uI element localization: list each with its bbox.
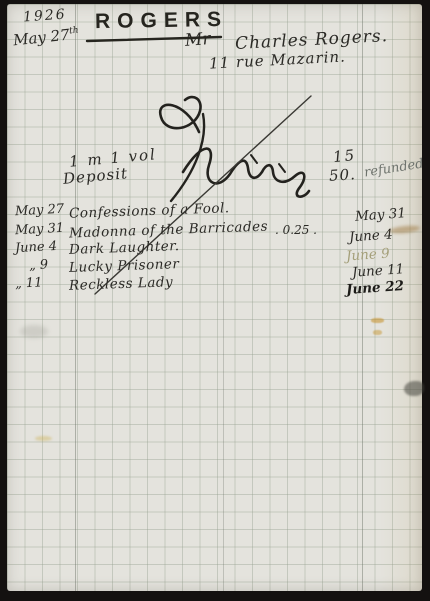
loan-date: „ 11 [15, 275, 43, 291]
loan-date: May 27 [15, 202, 65, 220]
deposit-amount: 50. [328, 165, 356, 185]
photo-background: 1926 May 27th ROGERS Mr Charles Rogers. … [0, 0, 430, 601]
loan-date: „ 9 [29, 258, 49, 274]
orange-stain [371, 318, 384, 323]
yellow-stain [35, 436, 52, 441]
loan-return-date: June 22 [346, 278, 405, 298]
card-open-date-text: May 27 [12, 26, 70, 50]
loan-row: May 31 Madonna of the Barricades . 0.25 … [7, 222, 422, 240]
loan-note: . 0.25 . [275, 223, 317, 237]
lending-library-card: 1926 May 27th ROGERS Mr Charles Rogers. … [7, 4, 422, 591]
margin-rule-left [75, 4, 76, 591]
signature-flourish [160, 97, 309, 201]
loan-title: Dark Laughter. [69, 238, 180, 258]
member-address: 11 rue Mazarin. [209, 47, 347, 72]
refunded-note: refunded [363, 156, 424, 180]
loan-row: May 27 Confessions of a Fool. May 31 [7, 203, 422, 221]
dark-smudge-stain [404, 381, 424, 396]
ink-strokes [7, 4, 422, 591]
loan-row: June 4 Dark Laughter. June 9 [7, 240, 422, 258]
loan-title: Confessions of a Fool. [69, 200, 230, 222]
loan-date: June 4 [15, 239, 58, 256]
margin-rule-right [362, 4, 363, 591]
gray-smudge-stain [20, 325, 48, 338]
card-year: 1926 [22, 6, 67, 25]
loan-title: Lucky Prisoner [69, 256, 180, 276]
subscription-amount: 15 [332, 146, 357, 166]
card-open-date: May 27th [12, 25, 80, 50]
card-open-date-suffix: th [69, 26, 79, 37]
orange-stain [373, 330, 382, 335]
loan-row: „ 9 Lucky Prisoner June 11 [7, 258, 422, 276]
loan-title: Reckless Lady [69, 274, 174, 294]
loan-row: „ 11 Reckless Lady June 22 [7, 276, 422, 294]
member-title-abbrev: Mr [184, 29, 211, 51]
loan-date: May 31 [15, 221, 65, 239]
margin-rule-middle [223, 4, 224, 591]
